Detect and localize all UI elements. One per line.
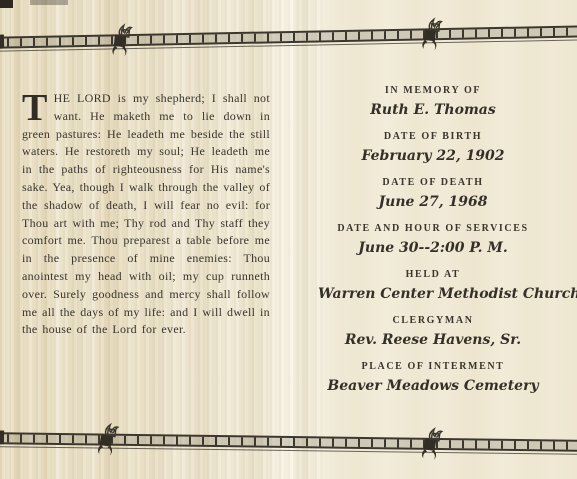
section-label: CLERGYMAN (318, 314, 548, 328)
deceased-name: Ruth E. Thomas (318, 101, 548, 120)
memorial-section-clergyman: CLERGYMAN Rev. Reese Havens, Sr. (318, 314, 548, 350)
bottom-decorative-border (0, 432, 577, 452)
floral-ornament-icon (106, 19, 137, 64)
scanned-memorial-card: THE LORD is my shepherd; I shall not wan… (0, 0, 577, 479)
birth-date: February 22, 1902 (318, 147, 548, 166)
drop-cap: T (22, 90, 54, 123)
memorial-section-interment: PLACE OF INTERMENT Beaver Meadows Cemete… (318, 360, 548, 396)
death-date: June 27, 1968 (318, 193, 548, 212)
service-location: Warren Center Methodist Church (318, 285, 548, 304)
memorial-section-services: DATE AND HOUR OF SERVICES June 30--2:00 … (318, 222, 548, 258)
floral-ornament-icon (416, 423, 447, 467)
section-label: IN MEMORY OF (318, 84, 548, 98)
section-label: HELD AT (318, 268, 548, 282)
floral-ornament-icon (416, 13, 447, 58)
scan-artifact (0, 0, 13, 8)
memorial-section-date-of-death: DATE OF DEATH June 27, 1968 (318, 176, 548, 212)
psalm-text-block: THE LORD is my shepherd; I shall not wan… (22, 90, 270, 339)
top-decorative-border (0, 25, 577, 48)
memorial-section-in-memory-of: IN MEMORY OF Ruth E. Thomas (318, 84, 548, 120)
service-datetime: June 30--2:00 P. M. (318, 239, 548, 258)
psalm-paragraph: THE LORD is my shepherd; I shall not wan… (22, 90, 270, 339)
memorial-info-block: IN MEMORY OF Ruth E. Thomas DATE OF BIRT… (318, 84, 548, 406)
cemetery-name: Beaver Meadows Cemetery (318, 377, 548, 396)
memorial-section-date-of-birth: DATE OF BIRTH February 22, 1902 (318, 130, 548, 166)
section-label: DATE AND HOUR OF SERVICES (318, 222, 548, 236)
scan-artifact (30, 0, 68, 5)
psalm-body-text: HE LORD is my shepherd; I shall not want… (22, 91, 270, 336)
section-label: DATE OF BIRTH (318, 130, 548, 144)
memorial-section-held-at: HELD AT Warren Center Methodist Church (318, 268, 548, 304)
floral-ornament-icon (92, 418, 123, 462)
clergyman-name: Rev. Reese Havens, Sr. (318, 331, 548, 350)
section-label: PLACE OF INTERMENT (318, 360, 548, 374)
section-label: DATE OF DEATH (318, 176, 548, 190)
